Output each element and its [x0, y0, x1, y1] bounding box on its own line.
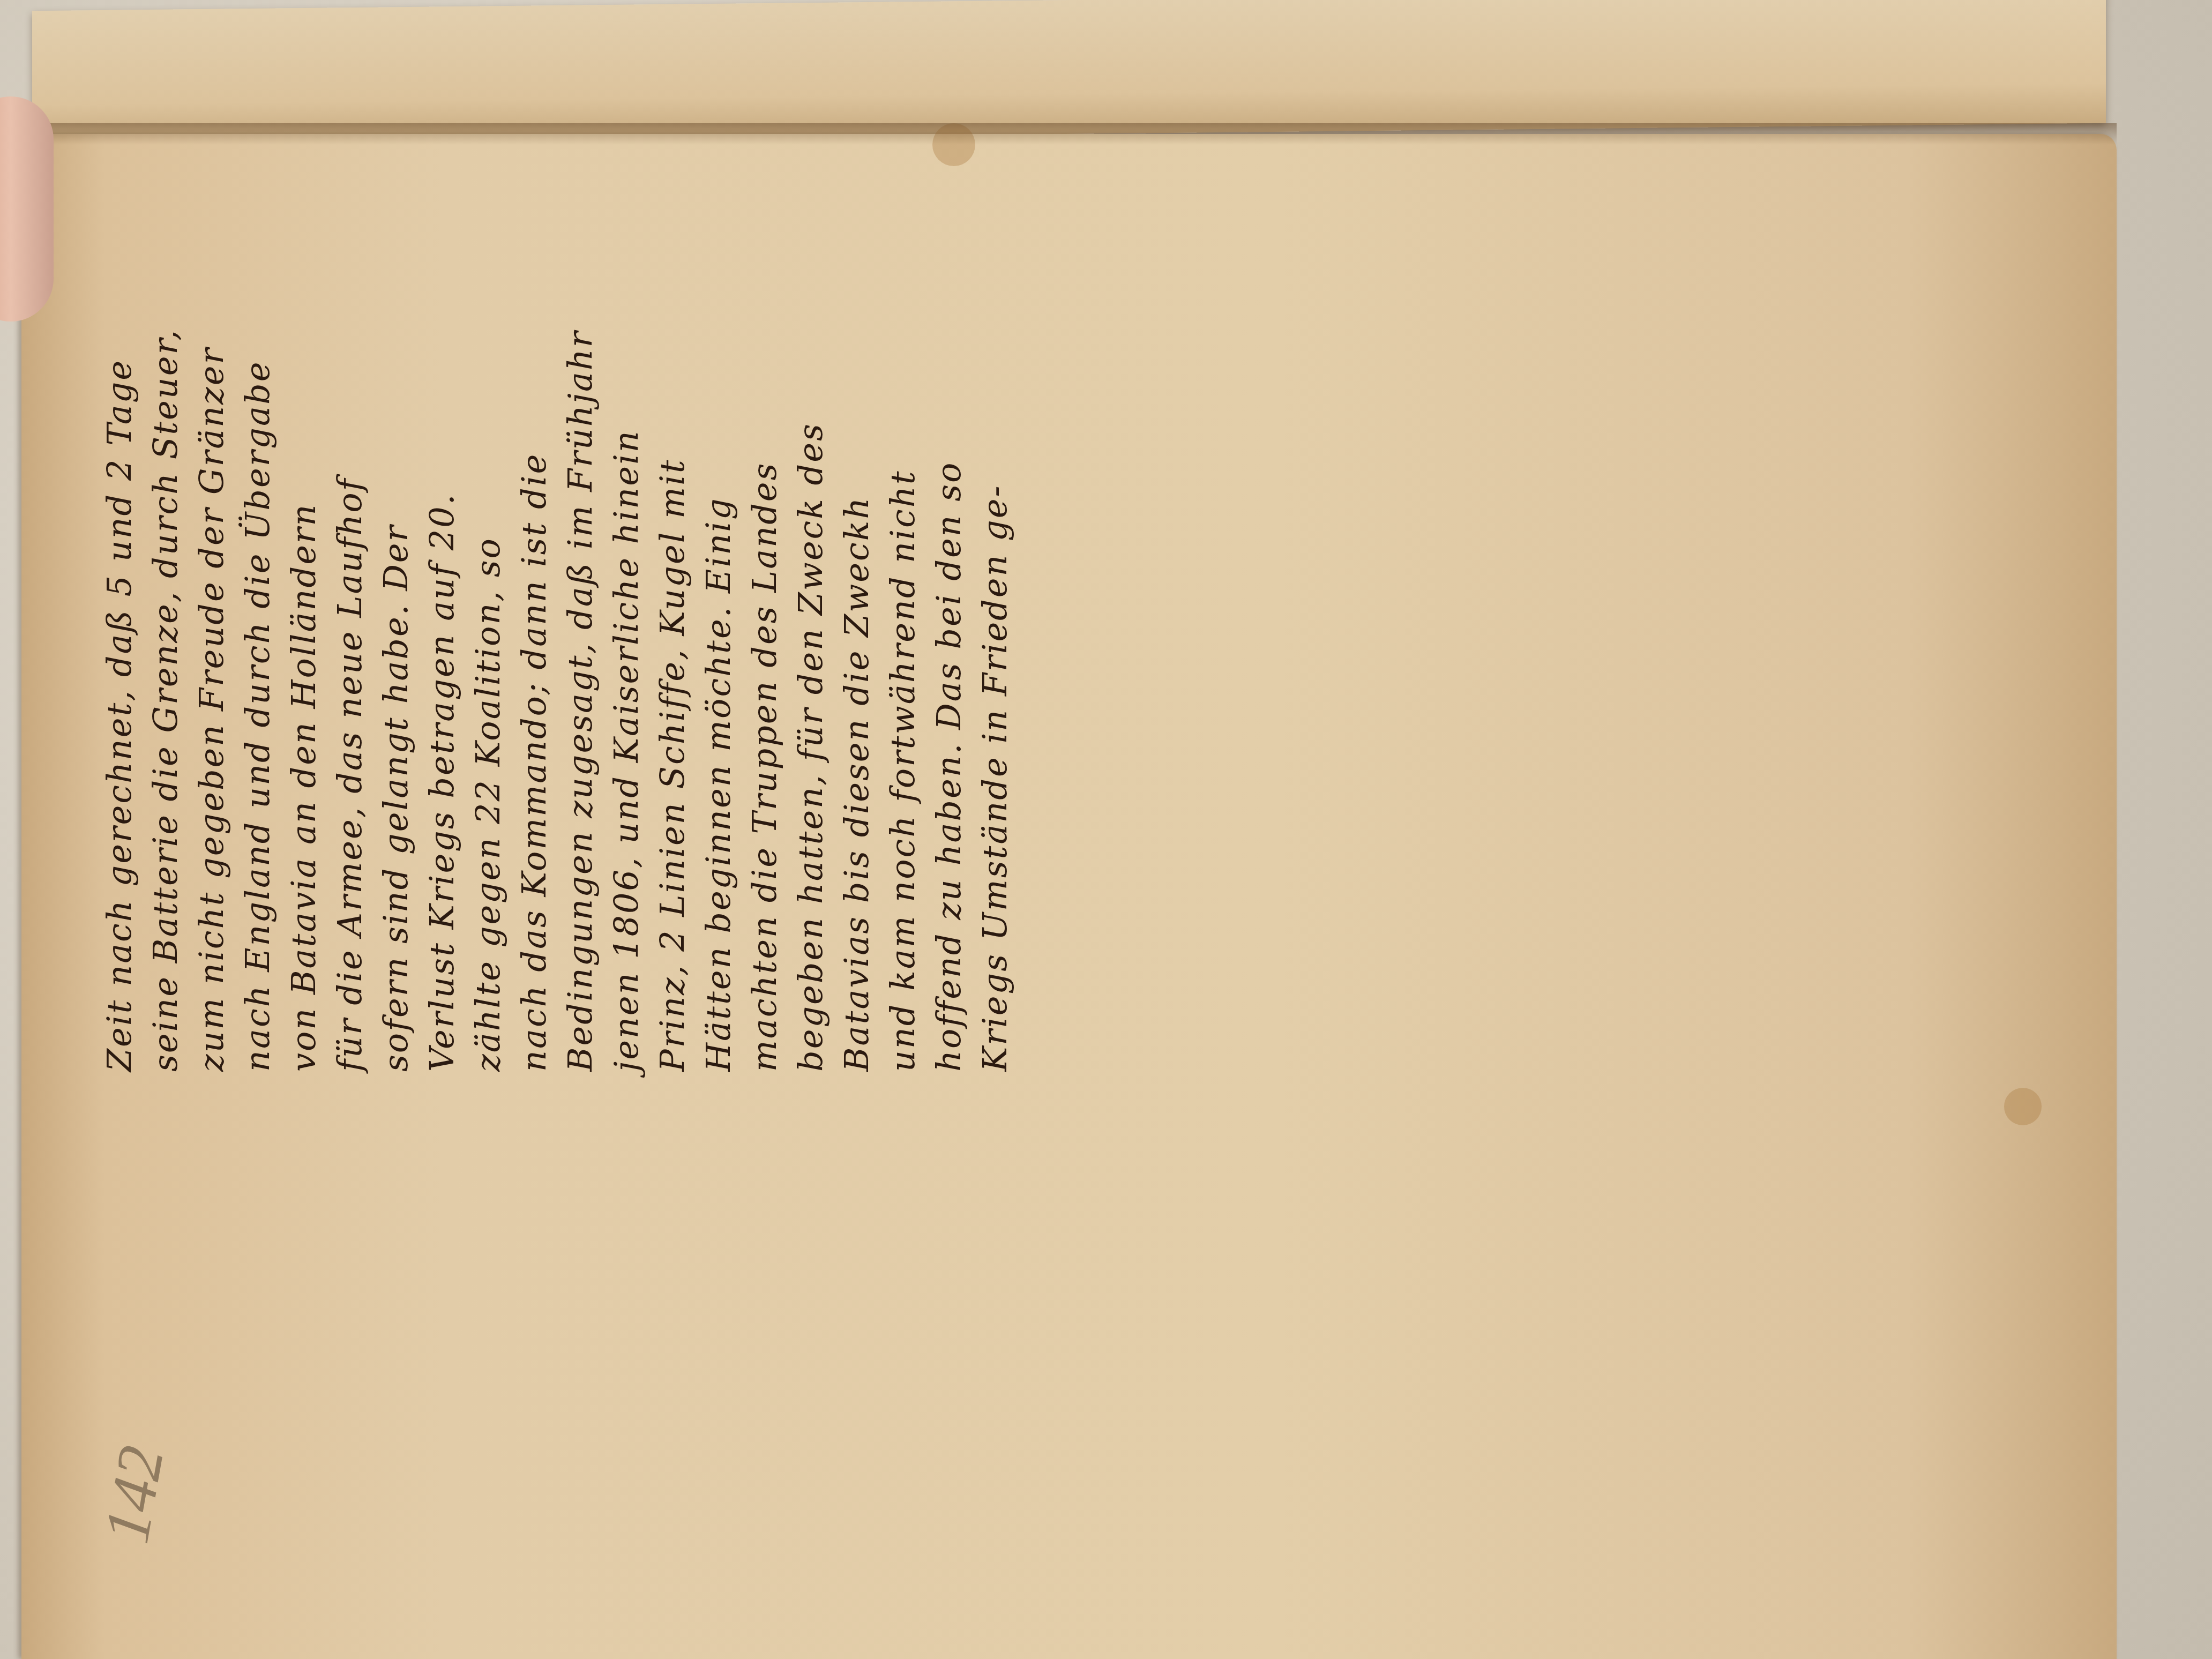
holding-finger [0, 96, 54, 322]
foxing-stain [2004, 1088, 2042, 1125]
handwritten-text: Zeit nach gerechnet, daß 5 und 2 Tage se… [96, 161, 1018, 1072]
text-line: jenen 1806, und Kaiserliche hinein [603, 161, 649, 1072]
text-line: Prinz, 2 Linien Schiffe, Kugel mit [649, 161, 696, 1072]
text-line: nach das Kommando; dann ist die [511, 161, 557, 1072]
text-line: Verlust Kriegs betragen auf 20. [419, 161, 465, 1072]
text-line: Kriegs Umstände in Frieden ge- [972, 161, 1018, 1072]
text-line: zählte gegen 22 Koalition, so [465, 161, 511, 1072]
text-line: zum nicht gegeben Freude der Gränzer [189, 161, 235, 1072]
text-line: begeben hatten, für den Zweck des [788, 161, 834, 1072]
text-line: von Batavia an den Holländern [281, 161, 327, 1072]
text-line: machten die Truppen des Landes [742, 161, 788, 1072]
text-line: nach England und durch die Übergabe [235, 161, 281, 1072]
text-line: Bedingungen zugesagt, daß im Frühjahr [557, 161, 603, 1072]
text-line: für die Armee, das neue Laufhof [327, 161, 373, 1072]
text-line: Zeit nach gerechnet, daß 5 und 2 Tage [96, 161, 143, 1072]
text-line: sofern sind gelangt habe. Der [373, 161, 419, 1072]
binding-gutter-shadow [21, 123, 2117, 145]
text-line: und kam noch fortwährend nicht [880, 161, 926, 1072]
text-line: seine Batterie die Grenze, durch Steuer, [143, 161, 189, 1072]
text-line: Batavias bis diesen die Zweckh [834, 161, 880, 1072]
text-line: Hätten beginnen möchte. Einig [696, 161, 742, 1072]
text-line: hoffend zu haben. Das bei den so [926, 161, 972, 1072]
